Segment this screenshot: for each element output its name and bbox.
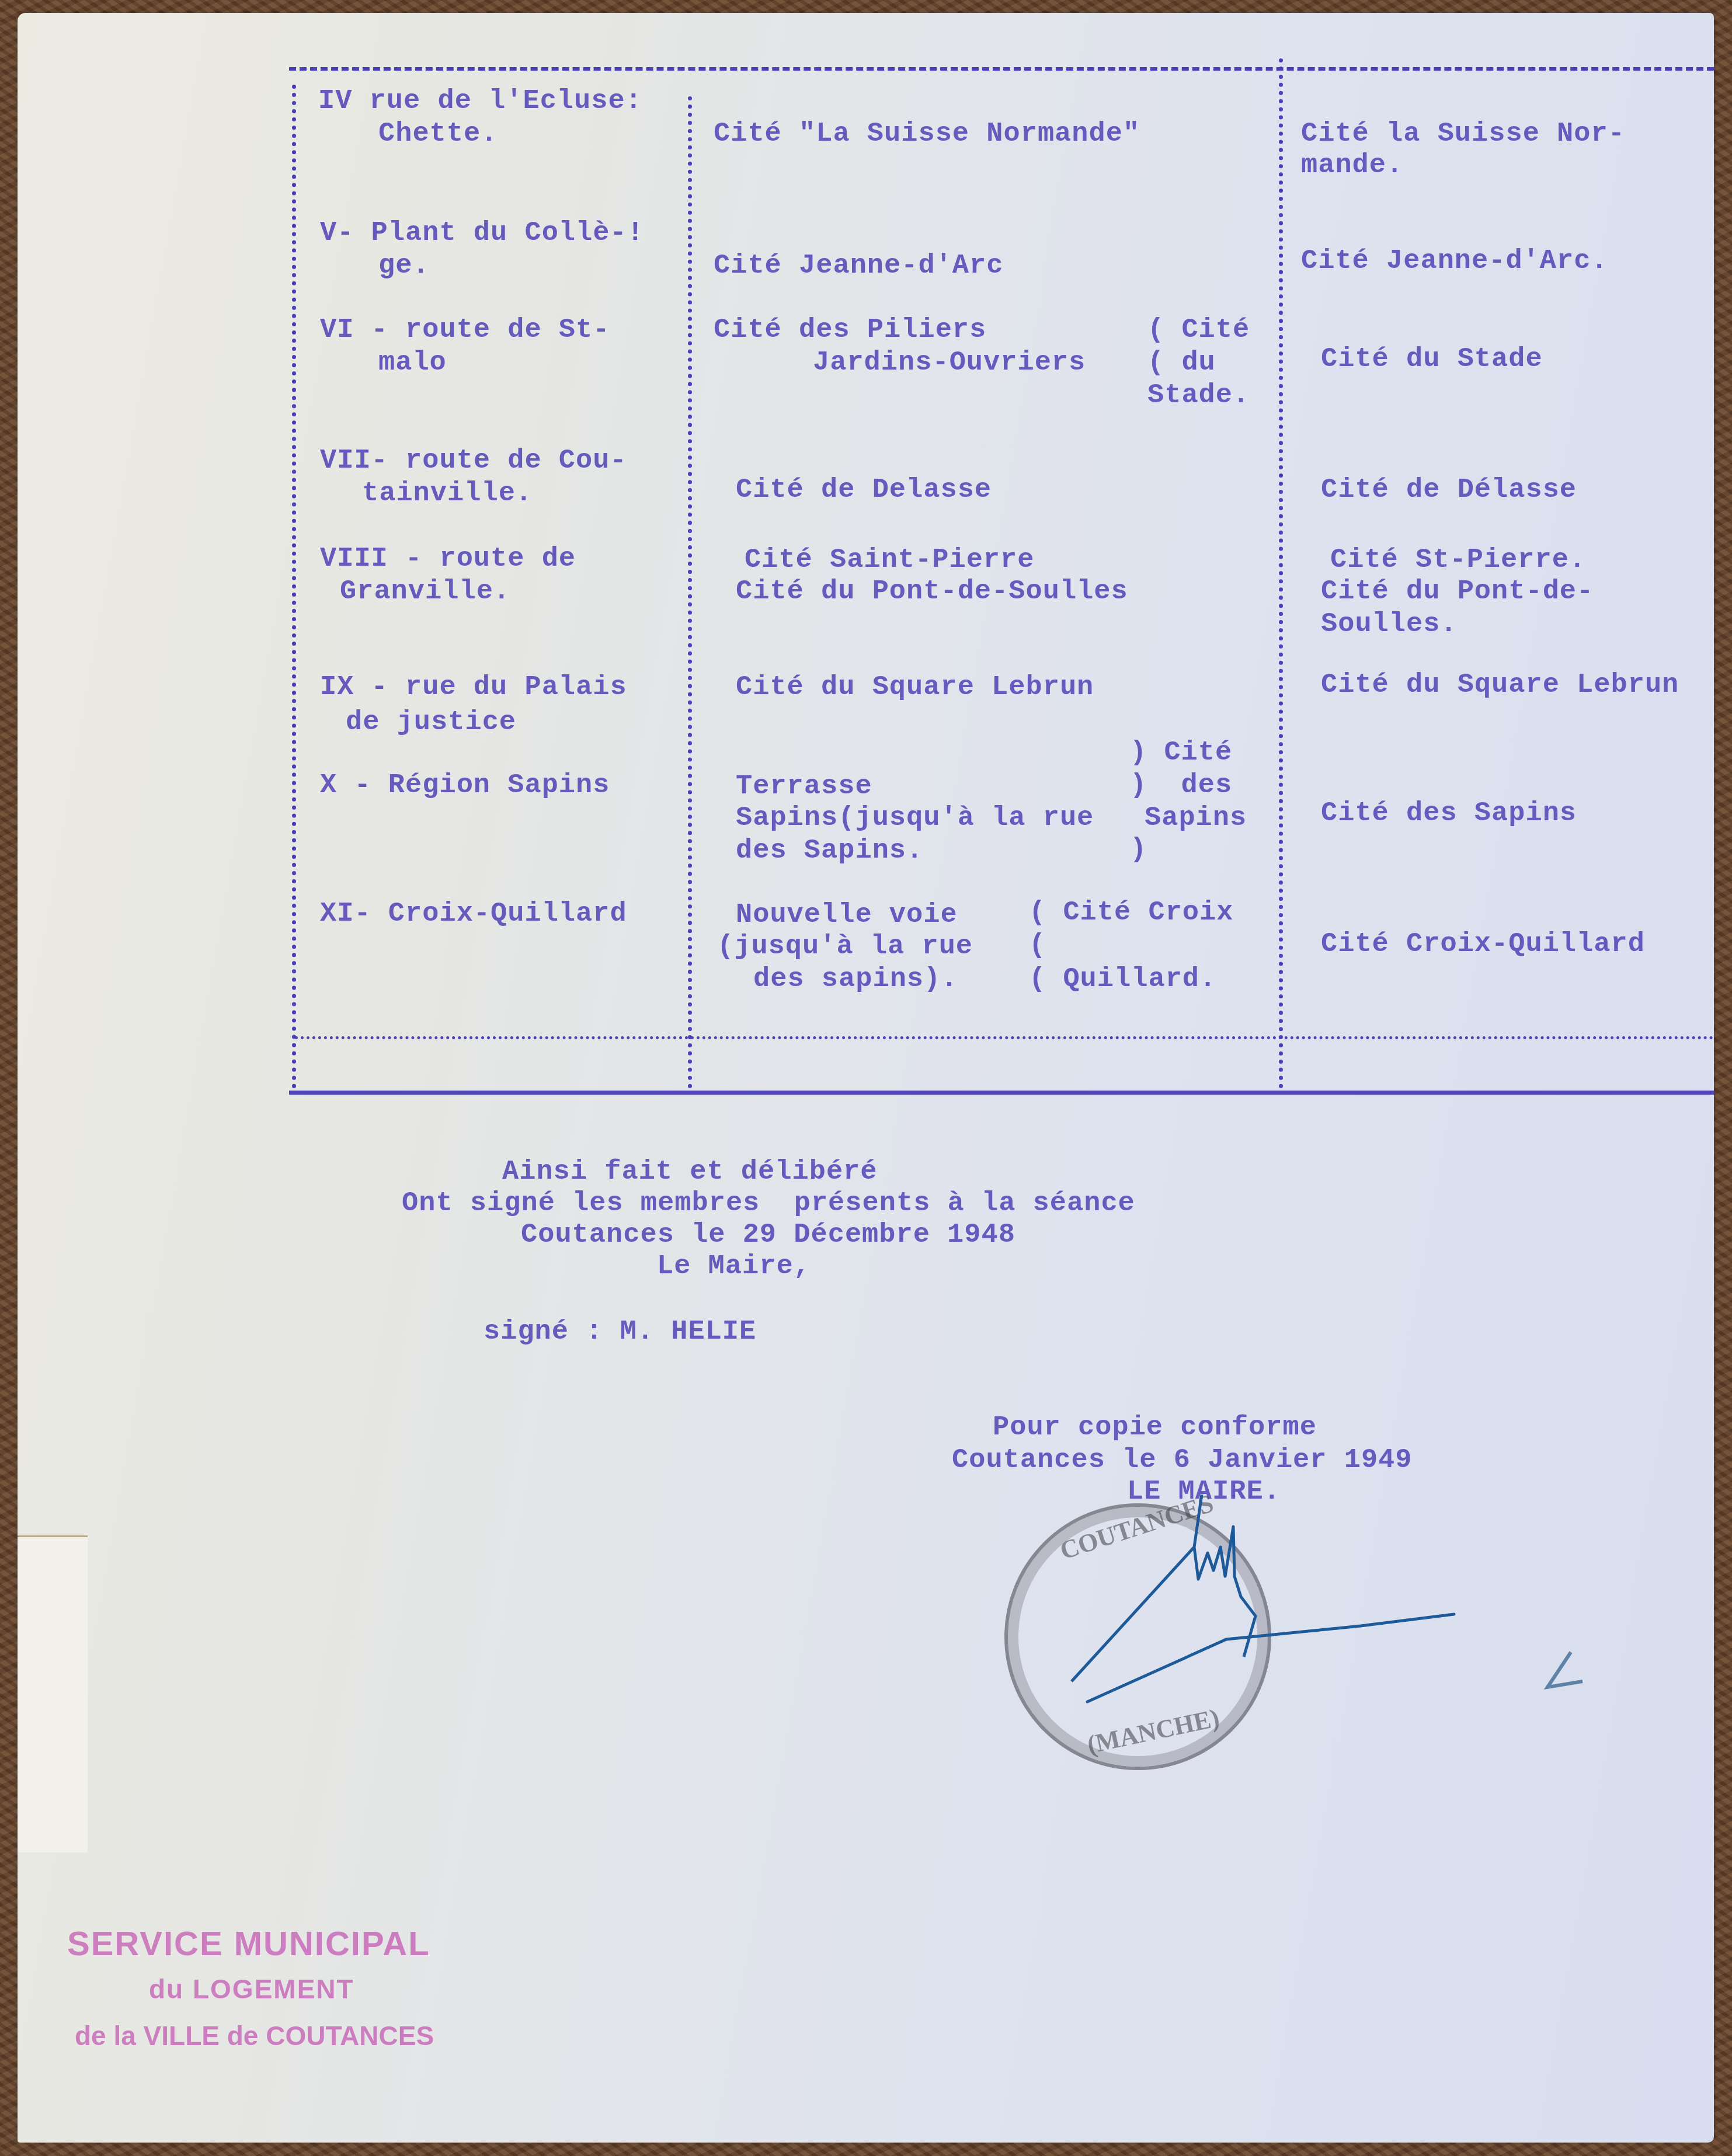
- stamp-line-2: du LOGEMENT: [149, 1973, 354, 2005]
- stamp-line-1: SERVICE MUNICIPAL: [67, 1924, 430, 1963]
- stamp-line-3: de la VILLE de COUTANCES: [75, 2020, 434, 2051]
- mayor-signature-icon: [0, 0, 1732, 2156]
